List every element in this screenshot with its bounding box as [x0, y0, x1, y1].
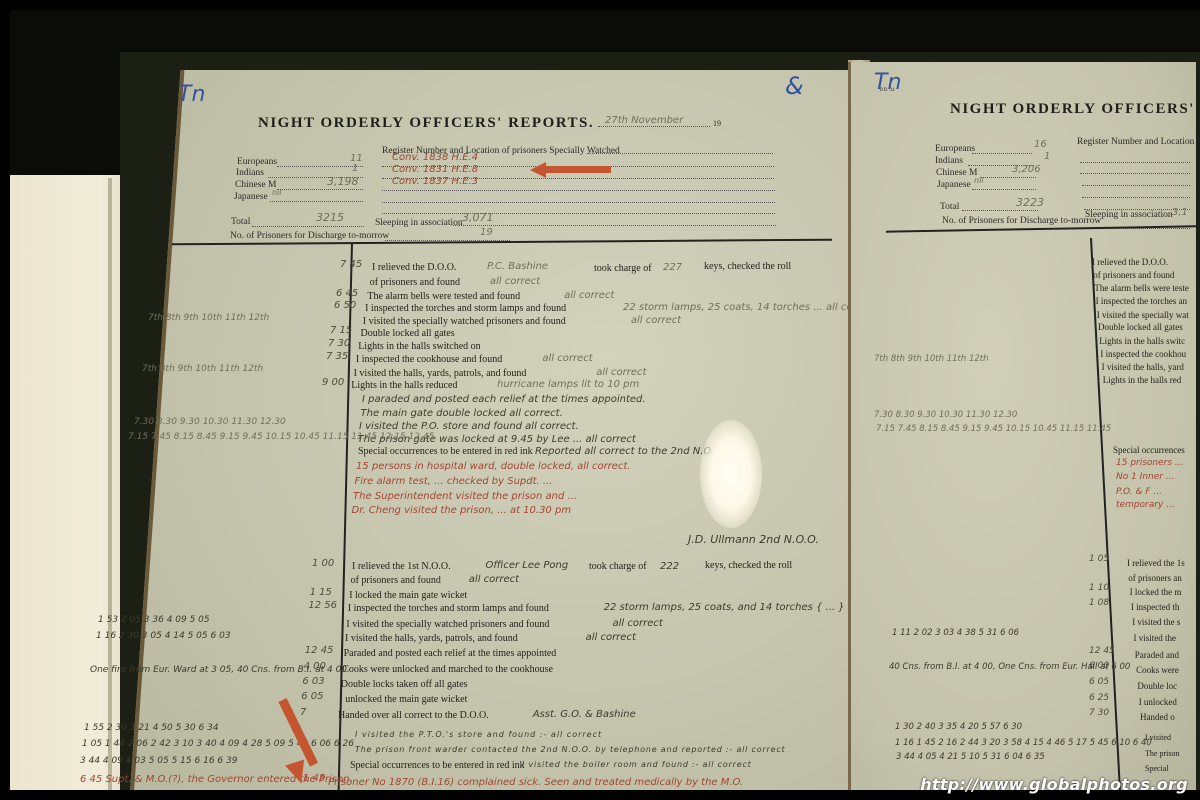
indians-label: Indians — [236, 168, 264, 178]
special-occurrences-note-1: Reported all correct to the 2nd N.O.O. — [535, 446, 725, 457]
right-night-row: Paraded and — [1135, 650, 1179, 660]
total-value: 3215 — [316, 211, 344, 224]
evening-note: I visited the P.O. store and found all c… — [359, 421, 579, 432]
row-time: 7 15 — [330, 325, 352, 336]
watermark-url[interactable]: http://www.globalphotos.org — [920, 775, 1188, 794]
margin-time-line: 7.15 7.45 8.15 8.45 9.15 9.45 10.15 10.4… — [128, 432, 434, 442]
night-row-time: 12 45 — [305, 645, 334, 656]
special-occurrences-note-2: I visited the boiler room and found :- a… — [522, 760, 752, 769]
margin-time-line: 7th 8th 9th 10th 11th 12th — [148, 313, 269, 323]
night-row-text: Paraded and posted each relief at the ti… — [344, 648, 557, 659]
right-night-row: Double loc — [1137, 681, 1177, 691]
night-row-text: I inspected the torches and storm lamps … — [348, 603, 549, 614]
red-ink-note: 15 persons in hospital ward, double lock… — [356, 461, 631, 472]
discharge-label: No. of Prisoners for Discharge to-morrow — [230, 231, 389, 241]
europeans-label: Europeans — [237, 157, 277, 167]
margin-time-night-line: One fire from Eur. Ward at 3 05, 40 Cns.… — [90, 665, 347, 675]
right-checklist-row: of prisoners and found — [1093, 270, 1174, 280]
right-night-row: I relieved the 1s — [1127, 558, 1185, 568]
right-night-tail-row: Special — [1145, 764, 1169, 773]
checklist-row-text: I relieved the D.O.O. — [372, 262, 456, 273]
keys-tail-text: keys, checked the roll — [704, 261, 791, 272]
night-keys-tail: keys, checked the roll — [705, 560, 792, 571]
row-time: 6 45 — [336, 288, 358, 299]
took-charge-label: took charge of — [594, 263, 652, 274]
margin-time-line: 7.30 8.30 9.30 10.30 11.30 12.30 — [134, 417, 286, 427]
night-row-text: Cooks were unlocked and marched to the c… — [342, 664, 553, 675]
right-night-row: Cooks were — [1136, 665, 1179, 675]
row-handwritten: 22 storm lamps, 25 coats, 14 torches ...… — [623, 302, 876, 313]
night-row-text: of prisoners and found — [351, 575, 441, 586]
red-arrow-head — [530, 162, 546, 178]
sleeping-value: 3,071 — [462, 211, 494, 224]
right-register-label: Register Number and Location — [1077, 137, 1194, 147]
right-checklist-row: I visited the halls, yard — [1102, 362, 1184, 372]
right-japanese-value: nil — [974, 176, 984, 185]
light-glare — [700, 420, 762, 528]
row-handwritten: all correct — [596, 367, 646, 378]
margin-time-night-line: 3 44 4 09 4 03 5 05 5 15 6 16 6 39 — [80, 756, 237, 766]
night-row-time: 1 00 — [312, 558, 334, 569]
right-chinese-value: 3,206 — [1012, 164, 1041, 175]
right-night-row: I unlocked — [1139, 697, 1177, 707]
checklist-row-text: Lights in the halls reduced — [351, 380, 457, 391]
right-night-row: of prisoners an — [1128, 573, 1182, 583]
night-row-time: 6 05 — [301, 691, 323, 702]
red-ink-note: Fire alarm test, ... checked by Supdt. .… — [355, 476, 553, 487]
night-row-text: Double locks taken off all gates — [341, 679, 468, 690]
night-row-handwritten: Asst. G.O. & Bashine — [533, 709, 636, 720]
page-title: NIGHT ORDERLY OFFICERS' REPORTS. — [258, 115, 594, 132]
row-handwritten: hurricane lamps lit to 10 pm — [497, 379, 639, 390]
night-row-time: 1 15 — [310, 587, 332, 598]
japanese-value: nil — [272, 188, 282, 197]
right-night-time: 7 30 — [1089, 708, 1109, 718]
right-checklist-row: The alarm bells were teste — [1094, 283, 1188, 293]
red-ink-note: The Superintendent visited the prison an… — [353, 491, 577, 502]
right-night-time: 12 45 — [1089, 646, 1115, 656]
right-special-label: Special occurrences — [1113, 445, 1185, 455]
red-ink-note: Dr. Cheng visited the prison, ... at 10.… — [352, 505, 572, 516]
margin-time-night-line: 1 55 2 30 3 21 4 50 5 30 6 34 — [84, 723, 219, 733]
night-row-text: I locked the main gate wicket — [349, 590, 467, 601]
night-note-1: I visited the P.T.O.'s store and found :… — [355, 730, 602, 739]
chinese-value: 3,198 — [327, 175, 359, 188]
red-ink-note-night: Prisoner No 1870 (B.I.16) complained sic… — [328, 777, 743, 788]
checklist-row-text: of prisoners and found — [370, 277, 460, 288]
checklist-row-text: I visited the specially watched prisoner… — [363, 316, 566, 327]
night-note-2: The prison front warder contacted the 2n… — [355, 745, 785, 754]
right-margin-night-line: 1 30 2 40 3 35 4 20 5 57 6 30 — [895, 722, 1022, 732]
right-discharge-label: No. of Prisoners for Discharge to-morrow — [942, 216, 1101, 226]
right-margin-night-line: 1 11 2 02 3 03 4 38 5 31 6 06 — [892, 628, 1019, 638]
night-row-text: I visited the halls, yards, patrols, and… — [345, 633, 518, 644]
right-margin-night-line: 40 Cns. from B.I. at 4 00, One Cns. from… — [889, 662, 1130, 672]
special-occurrences-label-2: Special occurrences to be entered in red… — [350, 760, 525, 771]
sleeping-label: Sleeping in association — [375, 218, 463, 228]
night-row-handwritten: all correct — [586, 632, 636, 643]
right-red-note: P.O. & F ... — [1116, 487, 1162, 497]
night-row-text: I unlocked the main gate wicket — [339, 694, 467, 705]
right-europeans-label: Europeans — [935, 144, 975, 154]
total-label: Total — [231, 217, 250, 227]
right-sleeping-value: 3,1 — [1172, 207, 1188, 218]
right-night-time: 6 05 — [1089, 677, 1109, 687]
right-checklist-row: I inspected the cookhou — [1100, 349, 1186, 359]
right-indians-label: Indians — [935, 156, 963, 166]
right-night-row: Handed o — [1140, 712, 1175, 722]
row-handwritten: all correct — [490, 276, 540, 287]
right-night-time: 1 05 — [1089, 554, 1109, 564]
special-occurrences-label-1: Special occurrences to be entered in red… — [358, 446, 533, 457]
night-row-time: 6 03 — [302, 676, 324, 687]
right-red-note: No 1 Inner ... — [1116, 472, 1174, 482]
year-prefix: 19 — [713, 119, 721, 128]
night-took-charge-label: took charge of — [589, 561, 647, 572]
night-row-time: 12 56 — [308, 600, 337, 611]
checklist-row-text: I visited the halls, yards, patrols, and… — [354, 368, 527, 379]
margin-time-night-line: 1 05 1 44 2 06 2 42 3 10 3 40 4 09 4 28 … — [82, 739, 354, 749]
blue-initials: Tn — [178, 82, 205, 107]
row-handwritten: all correct — [542, 353, 592, 364]
checklist-row-text: I inspected the cookhouse and found — [356, 354, 502, 365]
row-time: 7 45 — [340, 259, 362, 270]
right-total-value: 3223 — [1016, 196, 1044, 209]
night-row-handwritten: all correct — [469, 574, 519, 585]
form-code: P.D. 34 — [880, 88, 895, 93]
right-margin-night-line: 1 16 1 45 2 16 2 44 3 20 3 58 4 15 4 46 … — [895, 738, 1152, 748]
right-checklist-row: Double locked all gates — [1098, 322, 1183, 332]
japanese-label: Japanese — [234, 192, 268, 202]
night-row-handwritten: Officer Lee Pong — [486, 560, 569, 571]
row-handwritten: P.C. Bashine — [487, 261, 548, 272]
right-night-row: I locked the m — [1130, 587, 1182, 597]
right-night-row: I visited the — [1134, 633, 1177, 643]
right-checklist-row: I visited the specially wat — [1097, 310, 1189, 320]
right-margin-time: 7.15 7.45 8.15 8.45 9.15 9.45 10.15 10.4… — [876, 424, 1111, 434]
checklist-row-text: I inspected the torches and storm lamps … — [365, 303, 566, 314]
row-time: 6 50 — [334, 300, 356, 311]
right-indians-value: 1 — [1044, 151, 1050, 162]
blue-corner-mark: & — [785, 72, 804, 100]
checklist-row-text: The alarm bells were tested and found — [367, 291, 520, 302]
row-time: 7 35 — [326, 351, 348, 362]
discharge-value: 19 — [480, 227, 493, 238]
night-row-text: I relieved the 1st N.O.O. — [352, 561, 451, 572]
right-night-tail-row: The prison — [1145, 749, 1179, 758]
right-margin-time: 7.30 8.30 9.30 10.30 11.30 12.30 — [874, 410, 1017, 420]
right-night-row: I inspected th — [1131, 602, 1180, 612]
right-europeans-value: 16 — [1034, 139, 1047, 150]
margin-time-line: 7th 8th 9th 10th 11th 12th — [142, 364, 263, 374]
right-total-label: Total — [940, 202, 959, 212]
signature: J.D. Ullmann 2nd N.O.O. — [688, 533, 819, 546]
right-checklist-row: Lights in the halls switc — [1099, 336, 1185, 346]
margin-time-night-line: 1 53 2 05 3 36 4 09 5 05 — [98, 615, 210, 625]
indians-value: 1 — [352, 163, 358, 174]
night-row-text: I visited the specially watched prisoner… — [346, 619, 549, 630]
chinese-label: Chinese M — [235, 180, 276, 190]
right-night-time: 1 10 — [1089, 583, 1109, 593]
right-checklist-row: I relieved the D.O.O. — [1092, 257, 1168, 267]
row-time: 9 00 — [322, 377, 344, 388]
right-red-note: temporary ... — [1116, 500, 1175, 510]
right-margin-time: 7th 8th 9th 10th 11th 12th — [874, 354, 989, 364]
margin-time-night-line: 1 16 2 30 3 05 4 14 5 05 6 03 — [96, 631, 231, 641]
right-checklist-row: Lights in the halls red — [1103, 375, 1182, 385]
right-japanese-label: Japanese — [937, 180, 971, 190]
red-arrow-pointer — [545, 166, 611, 173]
right-red-note: 15 prisoners ... — [1116, 458, 1184, 468]
row-handwritten: all correct — [631, 315, 681, 326]
right-night-time: 6 25 — [1089, 693, 1109, 703]
night-keys-count: 222 — [660, 561, 679, 572]
night-row-text: Handed over all correct to the D.O.O. — [338, 710, 489, 721]
checklist-row-text: Double locked all gates — [361, 328, 455, 339]
night-row-handwritten: all correct — [613, 618, 663, 629]
right-checklist-row: I inspected the torches an — [1096, 296, 1187, 306]
row-time: 7 30 — [328, 338, 350, 349]
right-page-title: NIGHT ORDERLY OFFICERS' — [950, 101, 1195, 118]
night-row-time: 7 — [300, 707, 306, 718]
right-night-row: I visited the s — [1132, 617, 1180, 627]
keys-count: 227 — [663, 262, 682, 273]
right-chinese-label: Chinese M — [936, 168, 977, 178]
checklist-row-text: Lights in the halls switched on — [358, 341, 481, 352]
evening-note: I paraded and posted each relief at the … — [362, 394, 646, 405]
glass-edge — [108, 178, 112, 790]
evening-note: The main gate double locked all correct. — [361, 408, 563, 419]
right-margin-night-line: 3 44 4 05 4 21 5 10 5 31 6 04 6 35 — [896, 752, 1045, 762]
right-night-time: 1 08 — [1089, 598, 1109, 608]
row-handwritten: all correct — [564, 290, 614, 301]
